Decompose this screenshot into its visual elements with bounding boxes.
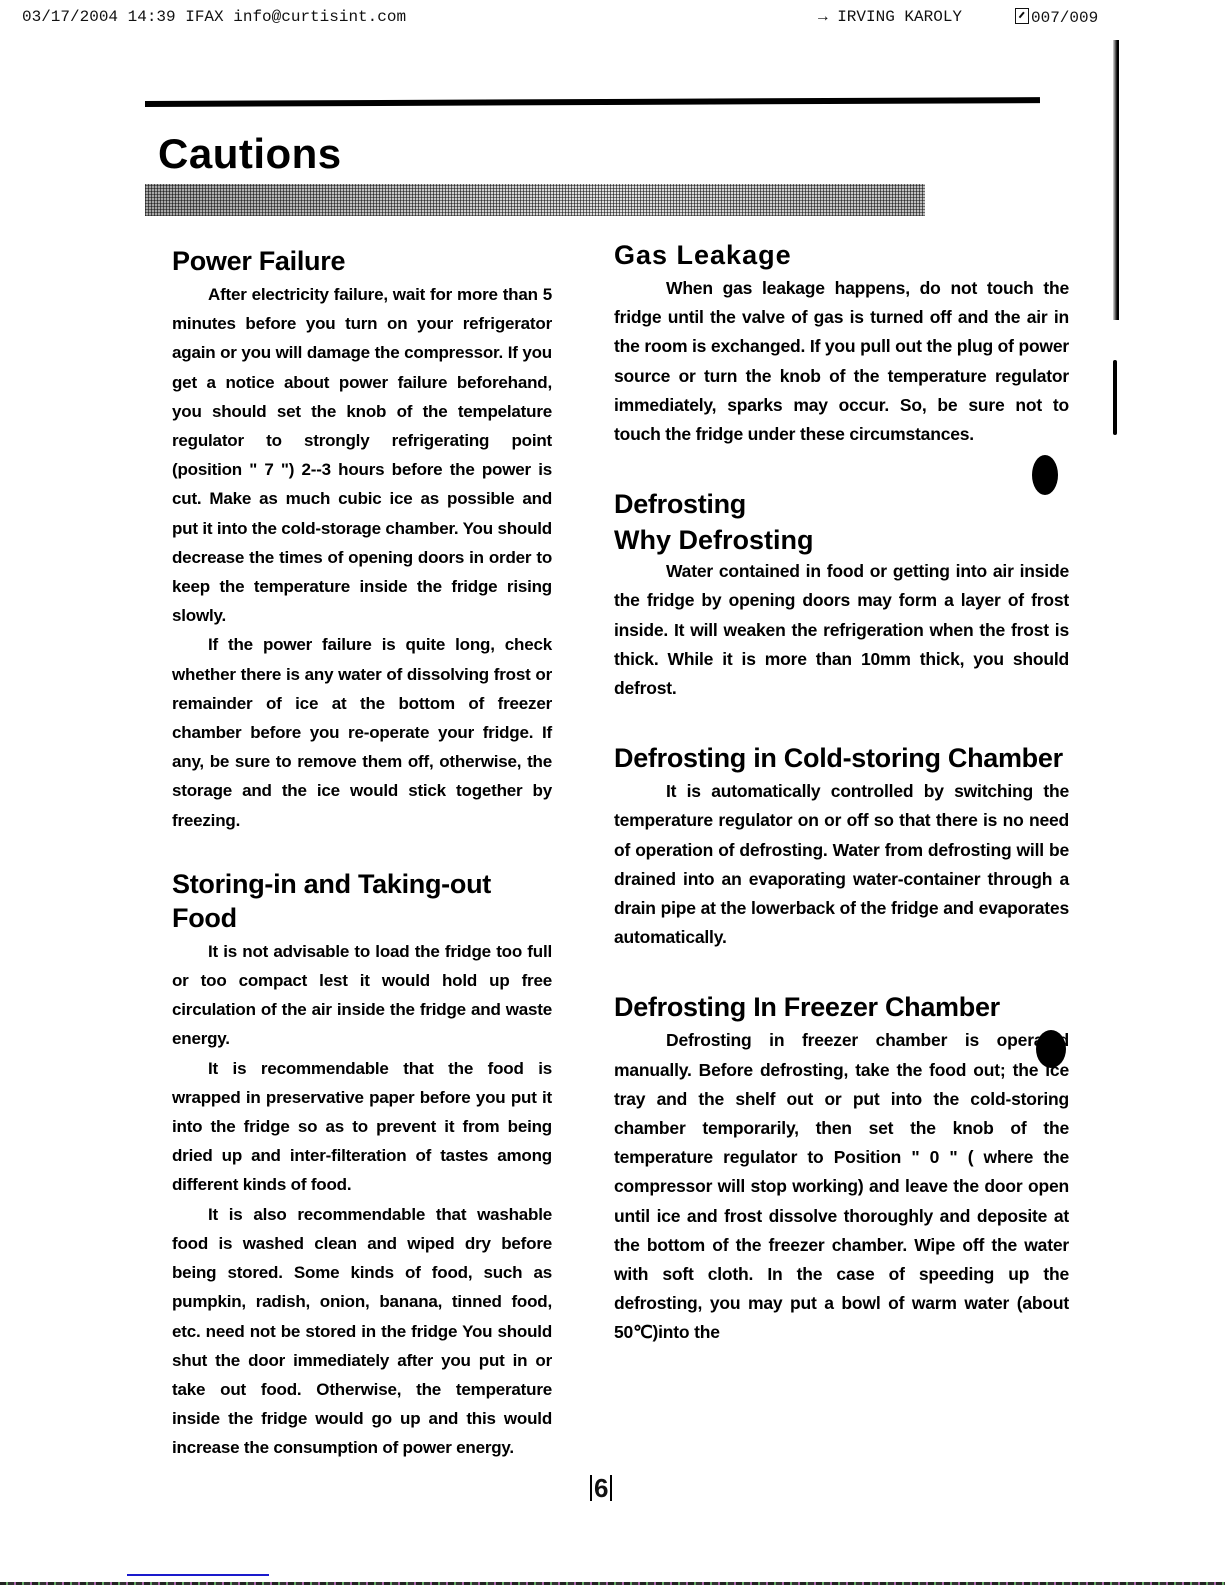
left-column: Power Failure After electricity failure,… [172,244,552,1463]
section-cold-storing-chamber: Defrosting in Cold-storing Chamber It is… [614,741,1069,952]
scan-artifact-line [127,1574,269,1576]
paragraph: It is automatically controlled by switch… [614,777,1069,952]
section-heading: Defrosting [614,487,1069,521]
paragraph: If the power failure is quite long, chec… [172,630,552,834]
section-heading: Gas Leakage [614,238,1069,272]
page-title: Cautions [158,130,342,178]
section-freezer-chamber: Defrosting In Freezer Chamber Defrosting… [614,990,1069,1347]
right-column: Gas Leakage When gas leakage happens, do… [614,238,1069,1348]
scan-edge-shadow [1113,40,1119,320]
section-gas-leakage: Gas Leakage When gas leakage happens, do… [614,238,1069,449]
paragraph: It is also recommendable that washable f… [172,1200,552,1463]
binding-hole-mark [1032,455,1058,495]
paragraph: It is recommendable that the food is wra… [172,1054,552,1200]
paragraph: After electricity failure, wait for more… [172,280,552,630]
fax-header: 03/17/2004 14:39 IFAX info@curtisint.com… [0,6,1225,30]
section-heading: Defrosting in Cold-storing Chamber [614,741,1069,775]
page-number: 6 [590,1475,612,1501]
fax-page-count: 007/009 [1031,9,1098,27]
section-defrosting: Defrosting Why Defrosting Water containe… [614,487,1069,703]
paragraph: Defrosting in freezer chamber is operate… [614,1026,1069,1347]
paragraph: When gas leakage happens, do not touch t… [614,274,1069,449]
subsection-heading: Why Defrosting [614,523,1069,557]
section-storing-food: Storing-in and Taking-out Food It is not… [172,867,552,1463]
fax-sender-line: 03/17/2004 14:39 IFAX info@curtisint.com [22,8,406,26]
header-rule [145,97,1040,107]
section-heading: Defrosting In Freezer Chamber [614,990,1069,1024]
section-heading: Power Failure [172,244,552,278]
fax-recipient: → IRVING KAROLY [818,8,962,26]
fax-page-counter: 007/009 [1015,8,1098,27]
paragraph: Water contained in food or getting into … [614,557,1069,703]
section-power-failure: Power Failure After electricity failure,… [172,244,552,835]
halftone-band [145,184,925,216]
binding-hole-mark [1036,1030,1066,1068]
paragraph: It is not advisable to load the fridge t… [172,937,552,1054]
section-heading: Storing-in and Taking-out Food [172,867,552,935]
fax-checkbox-icon [1015,8,1029,24]
scan-edge-mark [1113,360,1117,435]
